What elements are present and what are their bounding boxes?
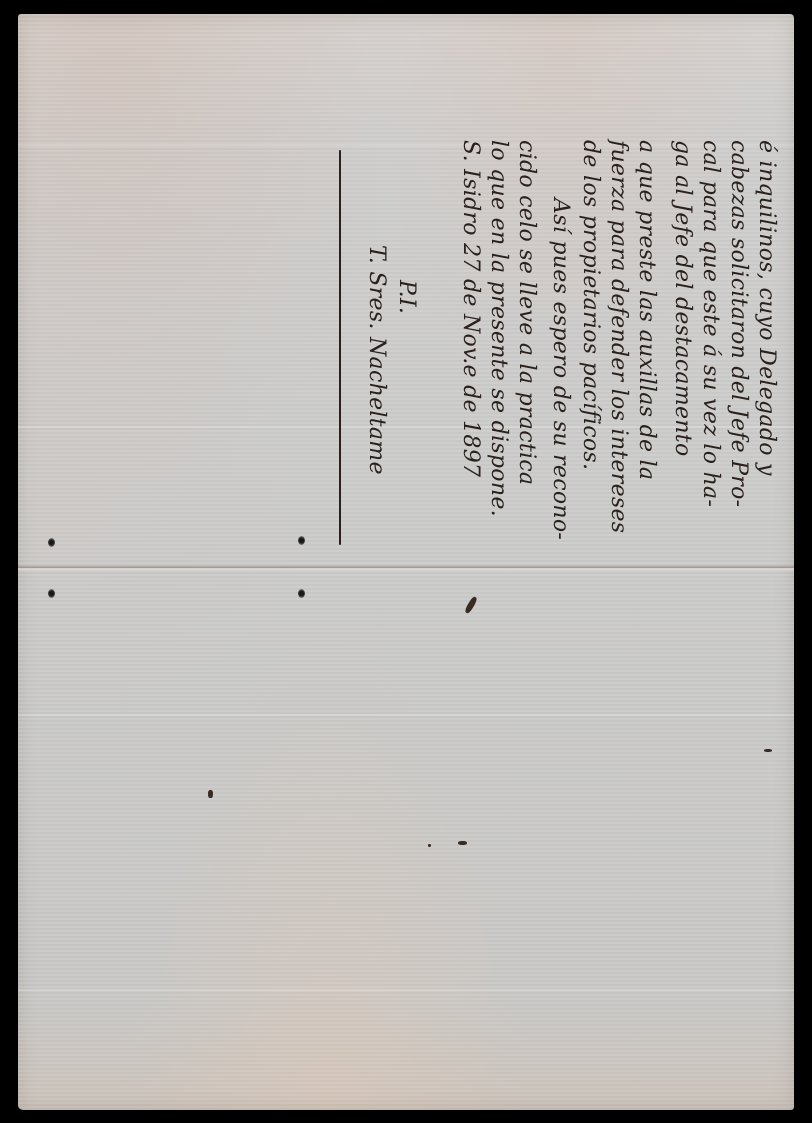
letter-line: é inquilinos, cuyo Delegado y xyxy=(754,140,779,476)
letter-line: cabezas solicitaron del Jefe Pro- xyxy=(726,140,751,507)
ink-blot xyxy=(464,596,478,615)
binding-hole xyxy=(298,589,305,598)
letter-line: Así pues espero de su recono- xyxy=(548,198,573,540)
letter-line: cido celo se lleve a la practica xyxy=(514,140,539,485)
letter-line: a que preste las auxillas de la xyxy=(634,140,659,480)
rotated-text-area: é inquilinos, cuyo Delegado y cabezas so… xyxy=(285,140,785,570)
closing-initials: P.I. xyxy=(394,280,419,314)
paper-crease xyxy=(18,714,794,716)
letter-line: fuerza para defender los intereses xyxy=(606,140,631,533)
ink-blot xyxy=(458,841,467,845)
signature-flourish xyxy=(339,150,341,545)
ink-blot xyxy=(208,790,213,798)
paper-crease xyxy=(18,989,794,991)
letter-line: ga al Jefe del destacamento xyxy=(670,140,695,457)
binding-hole xyxy=(48,589,55,598)
ink-blot xyxy=(764,749,772,752)
ink-blot xyxy=(428,844,431,847)
signature: T. Sres. Nacheltame xyxy=(364,245,389,475)
letter-body: é inquilinos, cuyo Delegado y cabezas so… xyxy=(285,140,785,570)
letter-line: lo que en la presente se dispone. xyxy=(486,140,511,517)
date-line: S. Isidro 27 de Nov.e de 1897 xyxy=(458,140,483,477)
letter-line: de los propietarios pacíficos. xyxy=(578,140,603,470)
letter-line: cal para que este á su vez lo ha- xyxy=(698,140,723,507)
binding-hole xyxy=(48,538,55,547)
